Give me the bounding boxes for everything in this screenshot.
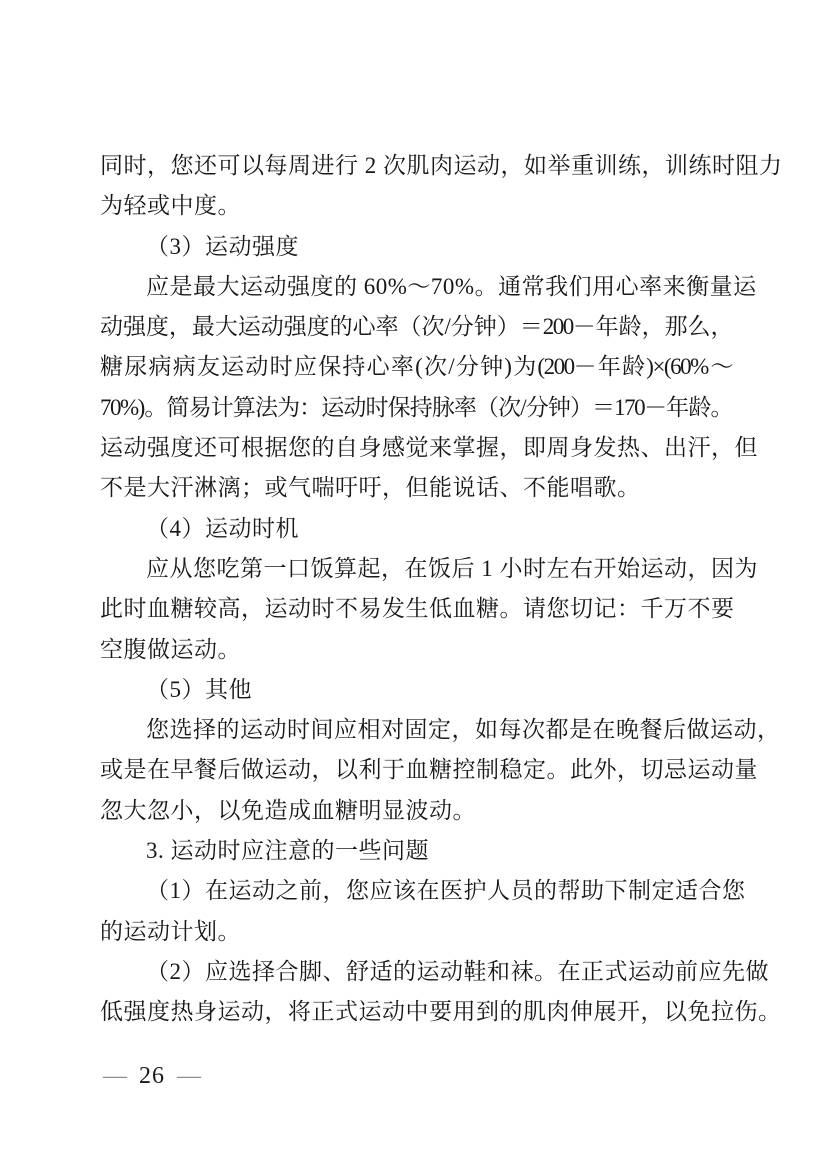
text-line: 的运动计划。 xyxy=(100,912,732,952)
text-line: 运动强度还可根据您的自身感觉来掌握，即周身发热、出汗，但 xyxy=(100,428,732,468)
text-line: 不是大汗淋漓；或气喘吁吁，但能说话、不能唱歌。 xyxy=(100,468,732,508)
text-line: 70%)。简易计算法为：运动时保持脉率（次/分钟）＝170－年龄。 xyxy=(100,388,732,428)
document-page: 同时，您还可以每周进行 2 次肌肉运动，如举重训练，训练时阻力为轻或中度。（3）… xyxy=(0,0,827,1170)
text-line: （1）在运动之前，您应该在医护人员的帮助下制定适合您 xyxy=(100,871,732,911)
text-line: （2）应选择合脚、舒适的运动鞋和袜。在正式运动前应先做 xyxy=(100,952,732,992)
text-line: （3）运动强度 xyxy=(100,227,732,267)
document-body: 同时，您还可以每周进行 2 次肌肉运动，如举重训练，训练时阻力为轻或中度。（3）… xyxy=(100,146,732,1033)
page-footer: — 26 — xyxy=(103,1058,201,1094)
page-number: 26 xyxy=(139,1058,165,1094)
text-line: 应是最大运动强度的 60%～70%。通常我们用心率来衡量运 xyxy=(100,267,732,307)
footer-dash-right: — xyxy=(177,1058,201,1094)
text-line: 此时血糖较高，运动时不易发生低血糖。请您切记：千万不要 xyxy=(100,589,732,629)
text-line: 您选择的运动时间应相对固定，如每次都是在晚餐后做运动， xyxy=(100,710,732,750)
text-line: （4）运动时机 xyxy=(100,509,732,549)
text-line: 为轻或中度。 xyxy=(100,186,732,226)
text-line: 同时，您还可以每周进行 2 次肌肉运动，如举重训练，训练时阻力 xyxy=(100,146,732,186)
text-line: 应从您吃第一口饭算起，在饭后 1 小时左右开始运动，因为 xyxy=(100,549,732,589)
text-line: 或是在早餐后做运动，以利于血糖控制稳定。此外，切忌运动量 xyxy=(100,750,732,790)
text-line: 忽大忽小，以免造成血糖明显波动。 xyxy=(100,791,732,831)
text-line: 3. 运动时应注意的一些问题 xyxy=(100,831,732,871)
text-line: 糖尿病病友运动时应保持心率(次/分钟)为(200－年龄)×(60%～ xyxy=(100,347,732,387)
text-line: 空腹做运动。 xyxy=(100,630,732,670)
text-line: 低强度热身运动，将正式运动中要用到的肌肉伸展开，以免拉伤。 xyxy=(100,992,732,1032)
footer-dash-left: — xyxy=(103,1058,127,1094)
text-line: 动强度，最大运动强度的心率（次/分钟）＝200－年龄，那么， xyxy=(100,307,732,347)
text-line: （5）其他 xyxy=(100,670,732,710)
